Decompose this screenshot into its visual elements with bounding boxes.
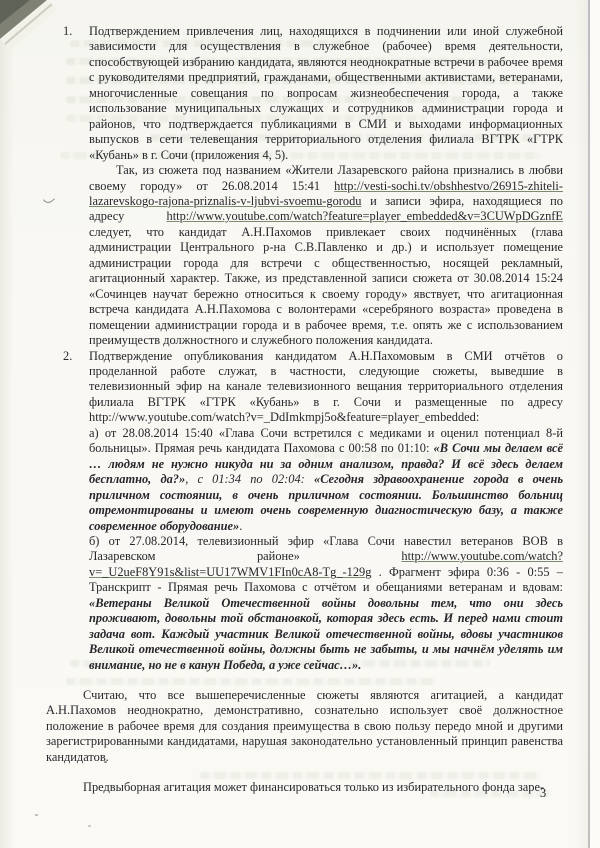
dust-speck xyxy=(35,814,38,816)
paragraph: Предвыборная агитация может финансироват… xyxy=(46,780,563,795)
list-item: 1.Подтверждением привлечения лиц, находя… xyxy=(89,24,563,163)
document-content: 1.Подтверждением привлечения лиц, находя… xyxy=(46,24,563,796)
text-segment: «Ветераны Великой Отечественной войны до… xyxy=(89,596,563,672)
paragraph: Так, из сюжета под названием «Жители Лаз… xyxy=(89,163,563,348)
text-segment: , с 01:34 по 02:04: xyxy=(185,472,314,486)
text-segment: Подтверждением привлечения лиц, находящи… xyxy=(89,24,563,162)
list-number: 2. xyxy=(63,349,72,364)
text-segment: следует, что кандидат А.Н.Пахомов привле… xyxy=(89,225,563,347)
scanned-page: 1.Подтверждением привлечения лиц, находя… xyxy=(0,0,600,848)
page-number: 3 xyxy=(540,786,546,801)
text-segment: Подтверждение опубликования кандидатом А… xyxy=(89,349,563,409)
url-link: http://www.youtube.com/watch?feature=pla… xyxy=(167,209,563,223)
paragraph: Считаю, что все вышеперечисленные сюжеты… xyxy=(46,688,563,765)
dust-speck xyxy=(88,825,91,827)
text-segment: Считаю, что все вышеперечисленные сюжеты… xyxy=(46,688,563,764)
paragraph: б) от 27.08.2014, телевизионный эфир «Гл… xyxy=(89,534,563,673)
scanner-background-strip xyxy=(590,0,600,848)
list-item: 2.Подтверждение опубликования кандидатом… xyxy=(89,349,563,426)
list-number: 1. xyxy=(63,24,72,39)
text-segment: Предвыборная агитация может финансироват… xyxy=(83,780,544,794)
paragraph: а) от 28.08.2014 15:40 «Глава Сочи встре… xyxy=(89,426,563,534)
text-segment: . xyxy=(239,519,242,533)
url-text: http://www.youtube.com/watch?v=_DdImkmpj… xyxy=(89,410,479,424)
